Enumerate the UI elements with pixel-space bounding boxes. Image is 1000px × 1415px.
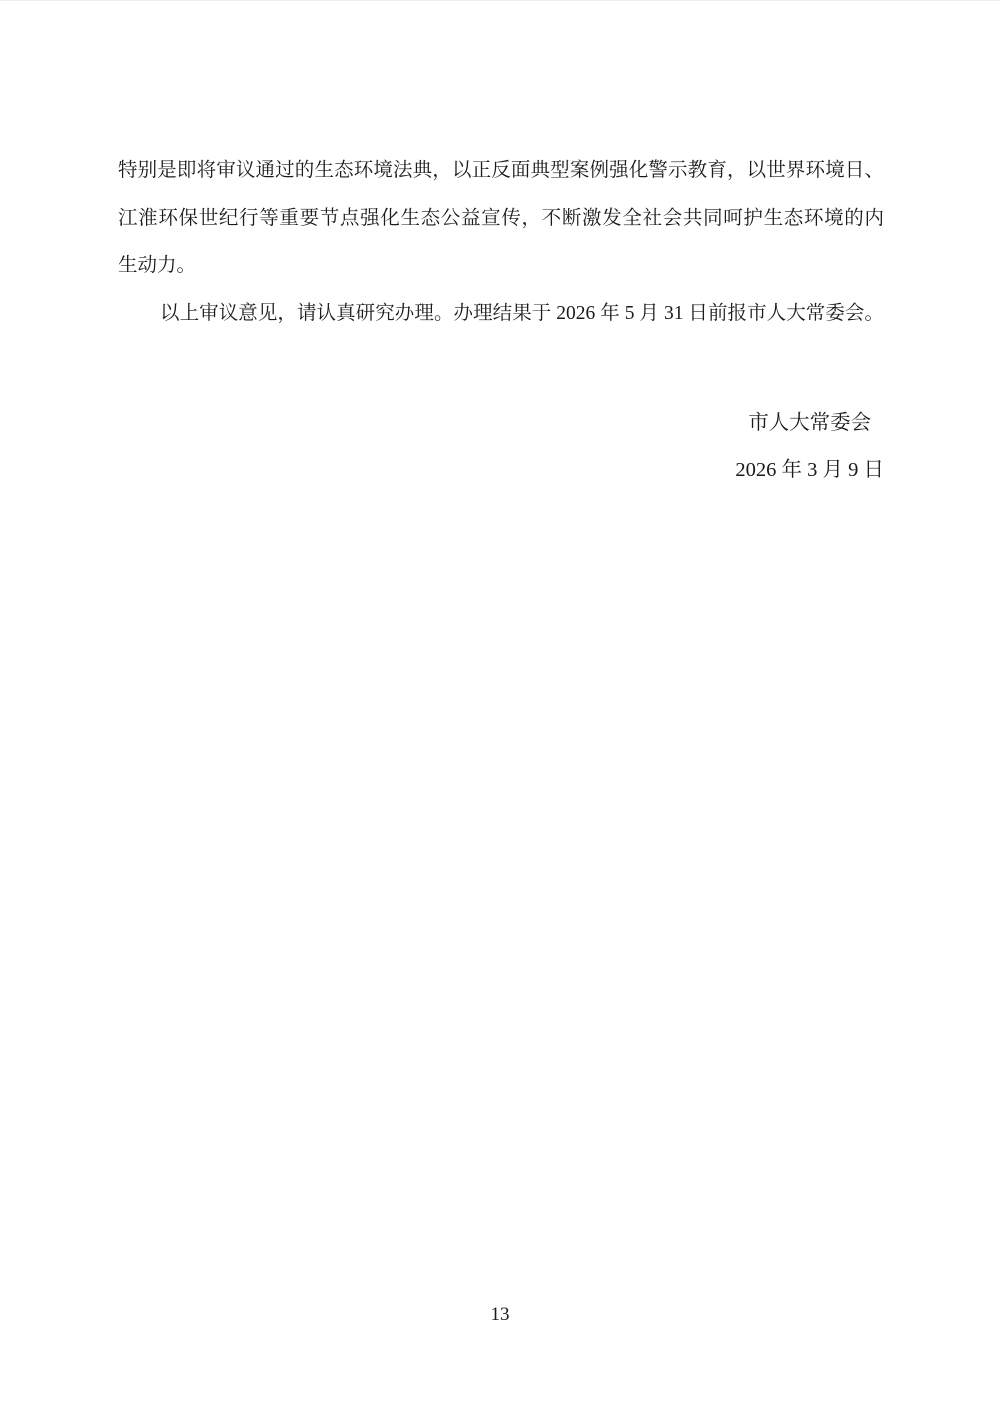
signature-block: 市人大常委会 2026 年 3 月 9 日 [735, 400, 884, 494]
document-body: 特别是即将审议通过的生态环境法典，以正反面典型案例强化警示教育，以世界环境日、 … [118, 147, 884, 337]
page-number: 13 [491, 1304, 510, 1325]
paragraph1-line2: 江淮环保世纪行等重要节点强化生态公益宣传，不断激发全社会共同呵护生态环境的内 [118, 195, 884, 243]
signature-name: 市人大常委会 [735, 400, 884, 447]
document-page: 特别是即将审议通过的生态环境法典，以正反面典型案例强化警示教育，以世界环境日、 … [0, 0, 1000, 1415]
paragraph2-line1: 以上审议意见，请认真研究办理。办理结果于 2026 年 5 月 31 日前报市人… [118, 290, 884, 338]
page-footer: 13 [0, 1302, 1000, 1328]
signature-date: 2026 年 3 月 9 日 [735, 447, 884, 494]
paragraph1-line3: 生动力。 [118, 242, 884, 290]
paragraph1-line1: 特别是即将审议通过的生态环境法典，以正反面典型案例强化警示教育，以世界环境日、 [118, 147, 884, 195]
